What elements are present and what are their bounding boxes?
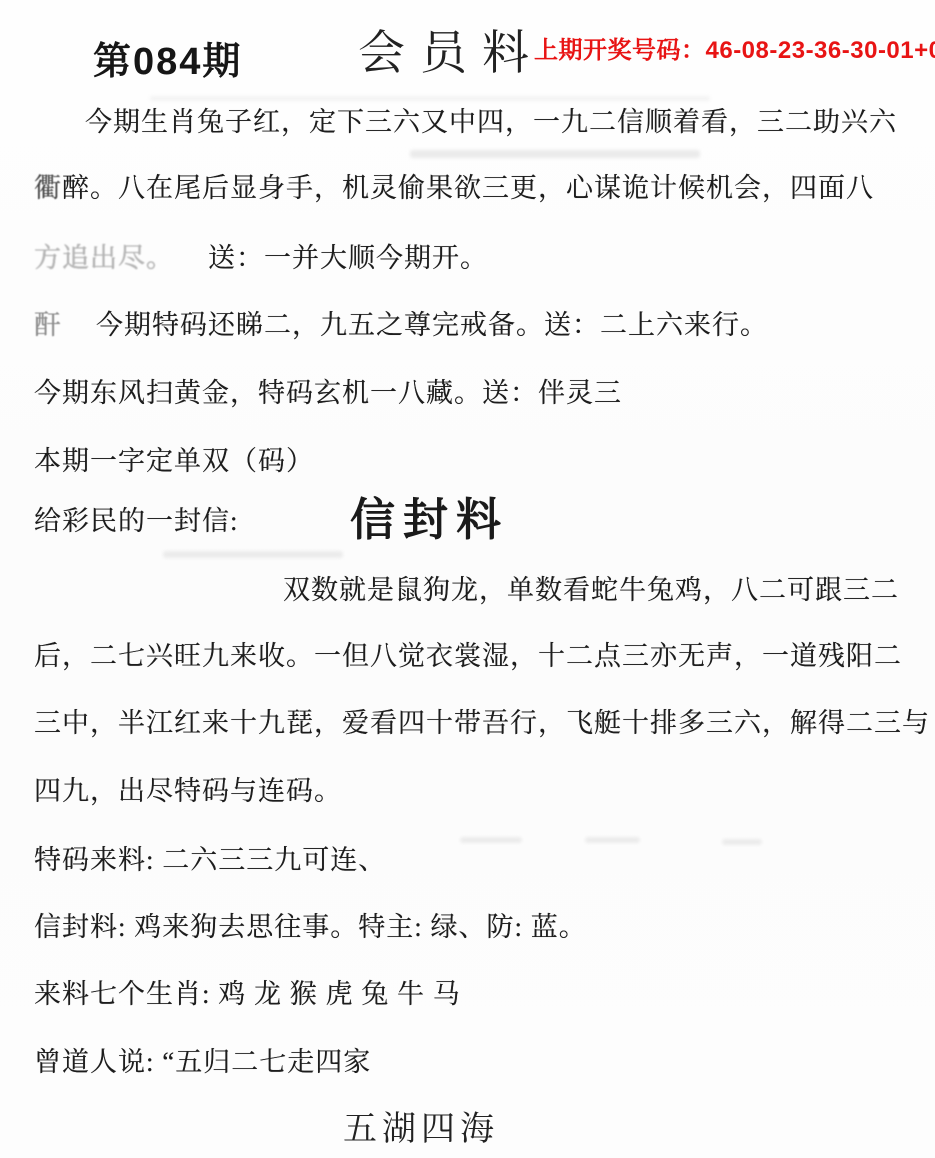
body-line-10: 三中，半江红来十九琵，爱看四十带吾行，飞艇十排多三六，解得二三与: [34, 701, 930, 740]
scan-smudge: [163, 551, 343, 558]
scan-smudge: [460, 837, 522, 843]
body-line-14: 来料七个生肖: 鸡 龙 猴 虎 兔 牛 马: [34, 972, 461, 1011]
body-line-4: 酐今期特码还睇二，九五之尊完戒备。送：二上六来行。: [34, 303, 768, 342]
body-line-1: 今期生肖兔子红，定下三六又中四，一九二信顺着看，三二助兴六: [85, 100, 897, 139]
body-line-3: 方追出尽。送：一并大顺今期开。: [34, 236, 488, 275]
footer-title: 五湖四海: [343, 1101, 499, 1150]
body-line-8: 双数就是鼠狗龙，单数看蛇牛兔鸡，八二可跟三二: [283, 568, 899, 607]
body-line-11: 四九，出尽特码与连码。: [34, 769, 342, 808]
body-line-9: 后，二七兴旺九来收。一但八觉衣裳湿，十二点三亦无声，一道残阳二: [34, 634, 902, 673]
body-line-5: 今期东风扫黄金，特码玄机一八藏。送：伴灵三: [34, 371, 622, 410]
scan-smudge: [722, 839, 762, 845]
body-line-6: 本期一字定单双（码）: [34, 439, 314, 478]
page-title: 会员料: [358, 16, 544, 83]
issue-number: 第084期: [93, 30, 242, 85]
degraded-char: 酐: [34, 310, 62, 340]
body-line-2: 衢醉。八在尾后显身手，机灵偷果欲三更，心谋诡计候机会，四面八: [34, 166, 874, 205]
body-line-12: 特码来料: 二六三三九可连、: [34, 838, 386, 877]
faded-text: 方追出尽。: [34, 243, 174, 273]
letter-section-title: 信封料: [350, 483, 509, 548]
scanned-lottery-sheet: 第084期 会员料 上期开奖号码：46-08-23-36-30-01+05 今期…: [0, 0, 935, 1158]
degraded-char: 衢: [34, 173, 62, 203]
body-line-13: 信封料: 鸡来狗去思往事。特主: 绿、防: 蓝。: [34, 905, 587, 944]
last-draw-numbers: 上期开奖号码：46-08-23-36-30-01+05: [534, 30, 935, 65]
letter-label: 给彩民的一封信:: [34, 499, 239, 538]
scan-smudge: [410, 150, 700, 158]
body-line-15: 曾道人说: “五归二七走四家: [34, 1040, 371, 1079]
scan-smudge: [585, 837, 640, 843]
